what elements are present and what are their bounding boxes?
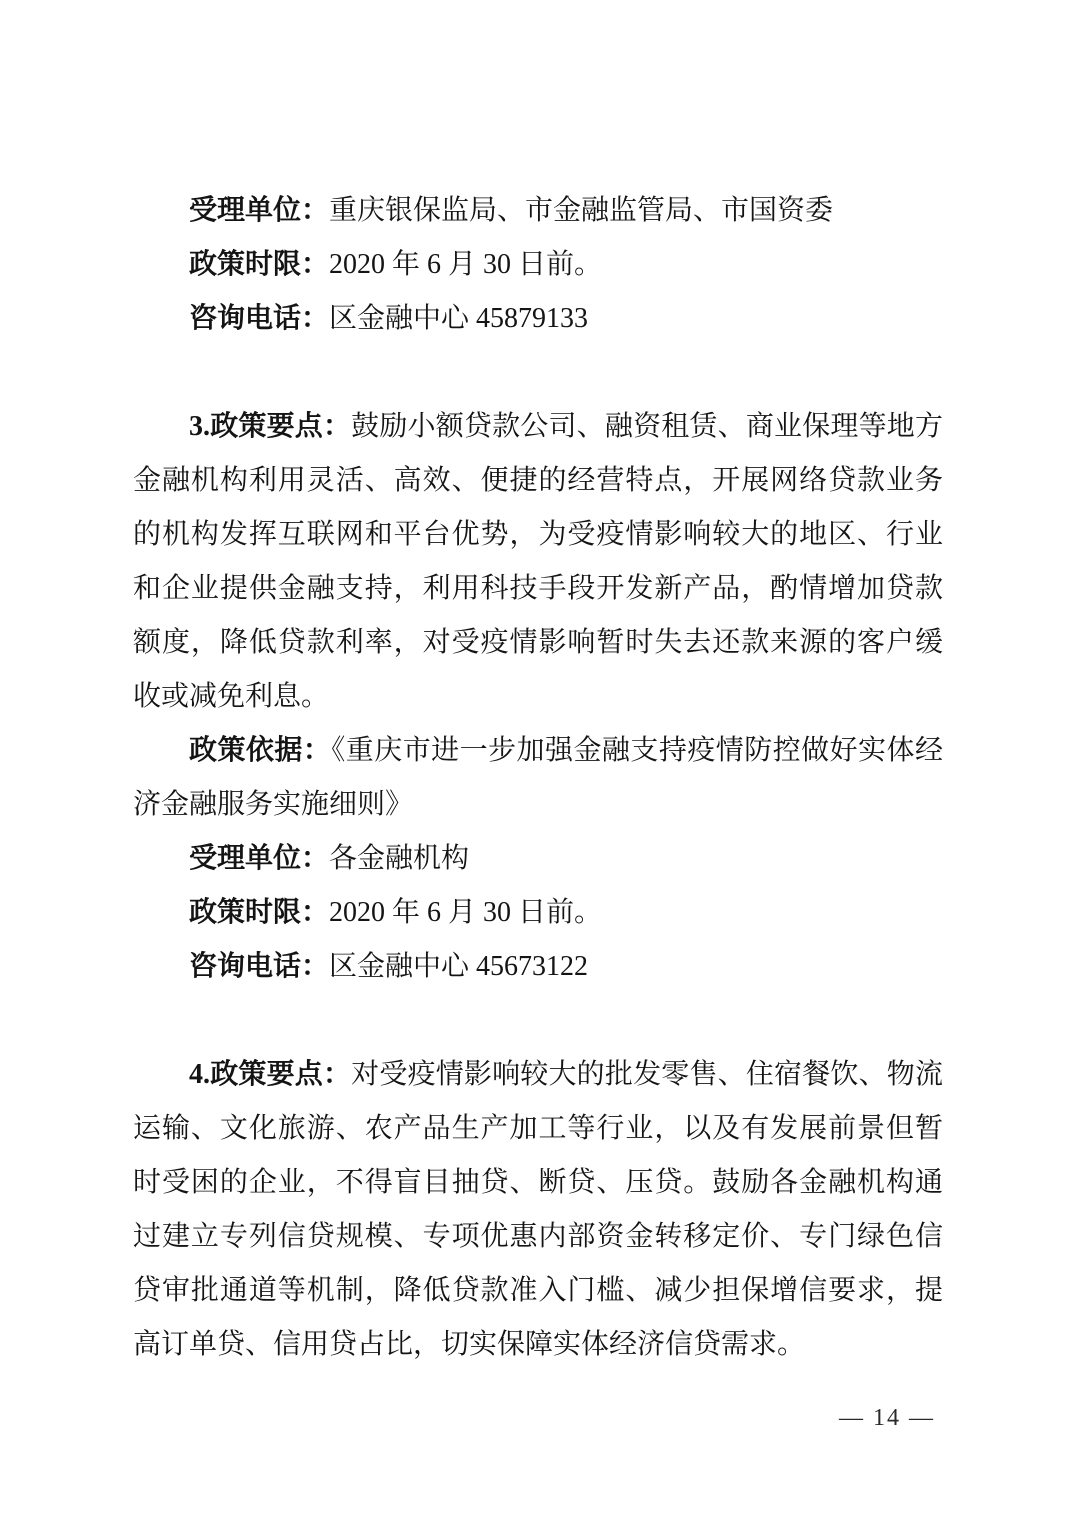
kv-line-accepting-unit-1: 受理单位：重庆银保监局、市金融监管局、市国资委 [133, 184, 943, 238]
kv-line-policy-deadline-1: 政策时限：2020 年 6 月 30 日前。 [133, 238, 943, 292]
section3-heading: 3.政策要点： [189, 411, 351, 442]
policy-deadline-label: 政策时限： [189, 249, 329, 280]
kv-line-accepting-unit-2: 受理单位：各金融机构 [133, 832, 943, 886]
page-number: — 14 — [839, 1398, 935, 1438]
section-spacer [133, 346, 943, 400]
section3-policy-points-paragraph: 3.政策要点：鼓励小额贷款公司、融资租赁、商业保理等地方金融机构利用灵活、高效、… [133, 400, 943, 724]
policy-deadline-value: 2020 年 6 月 30 日前。 [329, 249, 602, 280]
kv-line-inquiry-phone-1: 咨询电话：区金融中心 45879133 [133, 292, 943, 346]
kv-line-policy-deadline-2: 政策时限：2020 年 6 月 30 日前。 [133, 886, 943, 940]
document-page: 受理单位：重庆银保监局、市金融监管局、市国资委 政策时限：2020 年 6 月 … [0, 0, 1075, 1520]
policy-deadline-label: 政策时限： [189, 897, 329, 928]
inquiry-phone-value: 区金融中心 45879133 [329, 303, 588, 334]
inquiry-phone-label: 咨询电话： [189, 951, 329, 982]
policy-deadline-value: 2020 年 6 月 30 日前。 [329, 897, 602, 928]
accepting-unit-label: 受理单位： [189, 195, 329, 226]
accepting-unit-value: 重庆银保监局、市金融监管局、市国资委 [329, 195, 833, 226]
section4-heading: 4.政策要点： [189, 1059, 351, 1090]
section-spacer [133, 994, 943, 1048]
accepting-unit-label: 受理单位： [189, 843, 329, 874]
section4-policy-points-paragraph: 4.政策要点：对受疫情影响较大的批发零售、住宿餐饮、物流运输、文化旅游、农产品生… [133, 1048, 943, 1372]
inquiry-phone-label: 咨询电话： [189, 303, 329, 334]
section4-body-text: 对受疫情影响较大的批发零售、住宿餐饮、物流运输、文化旅游、农产品生产加工等行业，… [133, 1059, 943, 1360]
kv-line-inquiry-phone-2: 咨询电话：区金融中心 45673122 [133, 940, 943, 994]
section3-body-text: 鼓励小额贷款公司、融资租赁、商业保理等地方金融机构利用灵活、高效、便捷的经营特点… [133, 411, 943, 712]
section3-policy-basis-paragraph: 政策依据：《重庆市进一步加强金融支持疫情防控做好实体经济金融服务实施细则》 [133, 724, 943, 832]
inquiry-phone-value: 区金融中心 45673122 [329, 951, 588, 982]
accepting-unit-value: 各金融机构 [329, 843, 469, 874]
document-body: 受理单位：重庆银保监局、市金融监管局、市国资委 政策时限：2020 年 6 月 … [133, 184, 943, 1372]
policy-basis-label: 政策依据： [189, 735, 331, 766]
